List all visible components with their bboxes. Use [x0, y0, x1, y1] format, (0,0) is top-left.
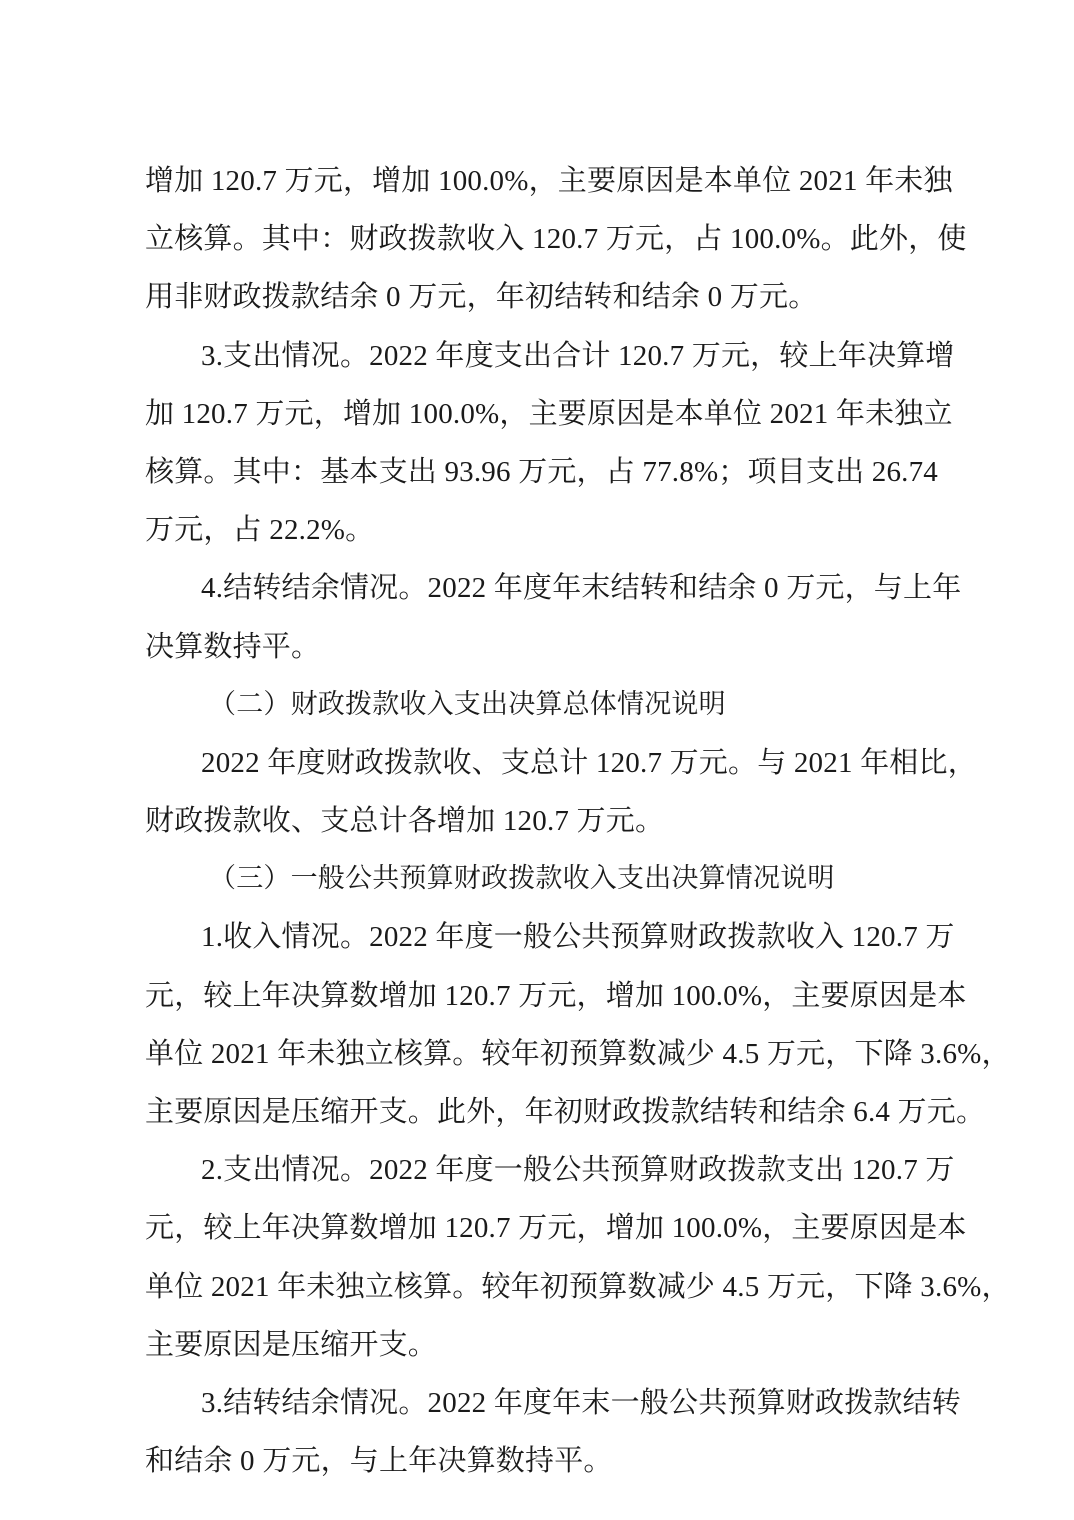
- text-line: 和结余 0 万元，与上年决算数持平。: [145, 1432, 945, 1490]
- text-line: 决算数持平。: [145, 618, 945, 676]
- text-line: 核算。其中：基本支出 93.96 万元，占 77.8%；项目支出 26.74: [145, 443, 945, 501]
- text-line: 4.结转结余情况。2022 年度年末结转和结余 0 万元，与上年: [145, 559, 945, 617]
- text-line: 加 120.7 万元，增加 100.0%，主要原因是本单位 2021 年未独立: [145, 385, 945, 443]
- paragraph-expenditure: 3.支出情况。2022 年度支出合计 120.7 万元，较上年决算增 加 120…: [145, 327, 945, 560]
- paragraph-carryover: 4.结转结余情况。2022 年度年末结转和结余 0 万元，与上年 决算数持平。: [145, 559, 945, 675]
- section-heading-3: （三）一般公共预算财政拨款收入支出决算情况说明: [145, 850, 945, 908]
- text-line: 用非财政拨款结余 0 万元，年初结转和结余 0 万元。: [145, 268, 945, 326]
- document-body: 增加 120.7 万元，增加 100.0%，主要原因是本单位 2021 年未独 …: [145, 152, 945, 1490]
- text-line: 2.支出情况。2022 年度一般公共预算财政拨款支出 120.7 万: [145, 1141, 945, 1199]
- text-line: 万元，占 22.2%。: [145, 501, 945, 559]
- paragraph-general-expenditure: 2.支出情况。2022 年度一般公共预算财政拨款支出 120.7 万 元，较上年…: [145, 1141, 945, 1374]
- text-line: 2022 年度财政拨款收、支总计 120.7 万元。与 2021 年相比，: [145, 734, 945, 792]
- text-line: 单位 2021 年未独立核算。较年初预算数减少 4.5 万元，下降 3.6%，: [145, 1025, 945, 1083]
- text-line: 元，较上年决算数增加 120.7 万元，增加 100.0%，主要原因是本: [145, 967, 945, 1025]
- text-line: 单位 2021 年未独立核算。较年初预算数减少 4.5 万元，下降 3.6%，: [145, 1258, 945, 1316]
- text-line: 3.支出情况。2022 年度支出合计 120.7 万元，较上年决算增: [145, 327, 945, 385]
- document-page: 增加 120.7 万元，增加 100.0%，主要原因是本单位 2021 年未独 …: [0, 0, 1074, 1520]
- section-heading-2: （二）财政拨款收入支出决算总体情况说明: [145, 676, 945, 734]
- paragraph-income-continued: 增加 120.7 万元，增加 100.0%，主要原因是本单位 2021 年未独 …: [145, 152, 945, 327]
- paragraph-general-carryover: 3.结转结余情况。2022 年度年末一般公共预算财政拨款结转 和结余 0 万元，…: [145, 1374, 945, 1490]
- text-line: 元，较上年决算数增加 120.7 万元，增加 100.0%，主要原因是本: [145, 1199, 945, 1257]
- text-line: 财政拨款收、支总计各增加 120.7 万元。: [145, 792, 945, 850]
- text-line: 1.收入情况。2022 年度一般公共预算财政拨款收入 120.7 万: [145, 908, 945, 966]
- text-line: 主要原因是压缩开支。: [145, 1316, 945, 1374]
- paragraph-general-income: 1.收入情况。2022 年度一般公共预算财政拨款收入 120.7 万 元，较上年…: [145, 908, 945, 1141]
- text-line: 主要原因是压缩开支。此外，年初财政拨款结转和结余 6.4 万元。: [145, 1083, 945, 1141]
- text-line: 立核算。其中：财政拨款收入 120.7 万元，占 100.0%。此外，使: [145, 210, 945, 268]
- text-line: 3.结转结余情况。2022 年度年末一般公共预算财政拨款结转: [145, 1374, 945, 1432]
- paragraph-fiscal-totals: 2022 年度财政拨款收、支总计 120.7 万元。与 2021 年相比， 财政…: [145, 734, 945, 850]
- text-line: 增加 120.7 万元，增加 100.0%，主要原因是本单位 2021 年未独: [145, 152, 945, 210]
